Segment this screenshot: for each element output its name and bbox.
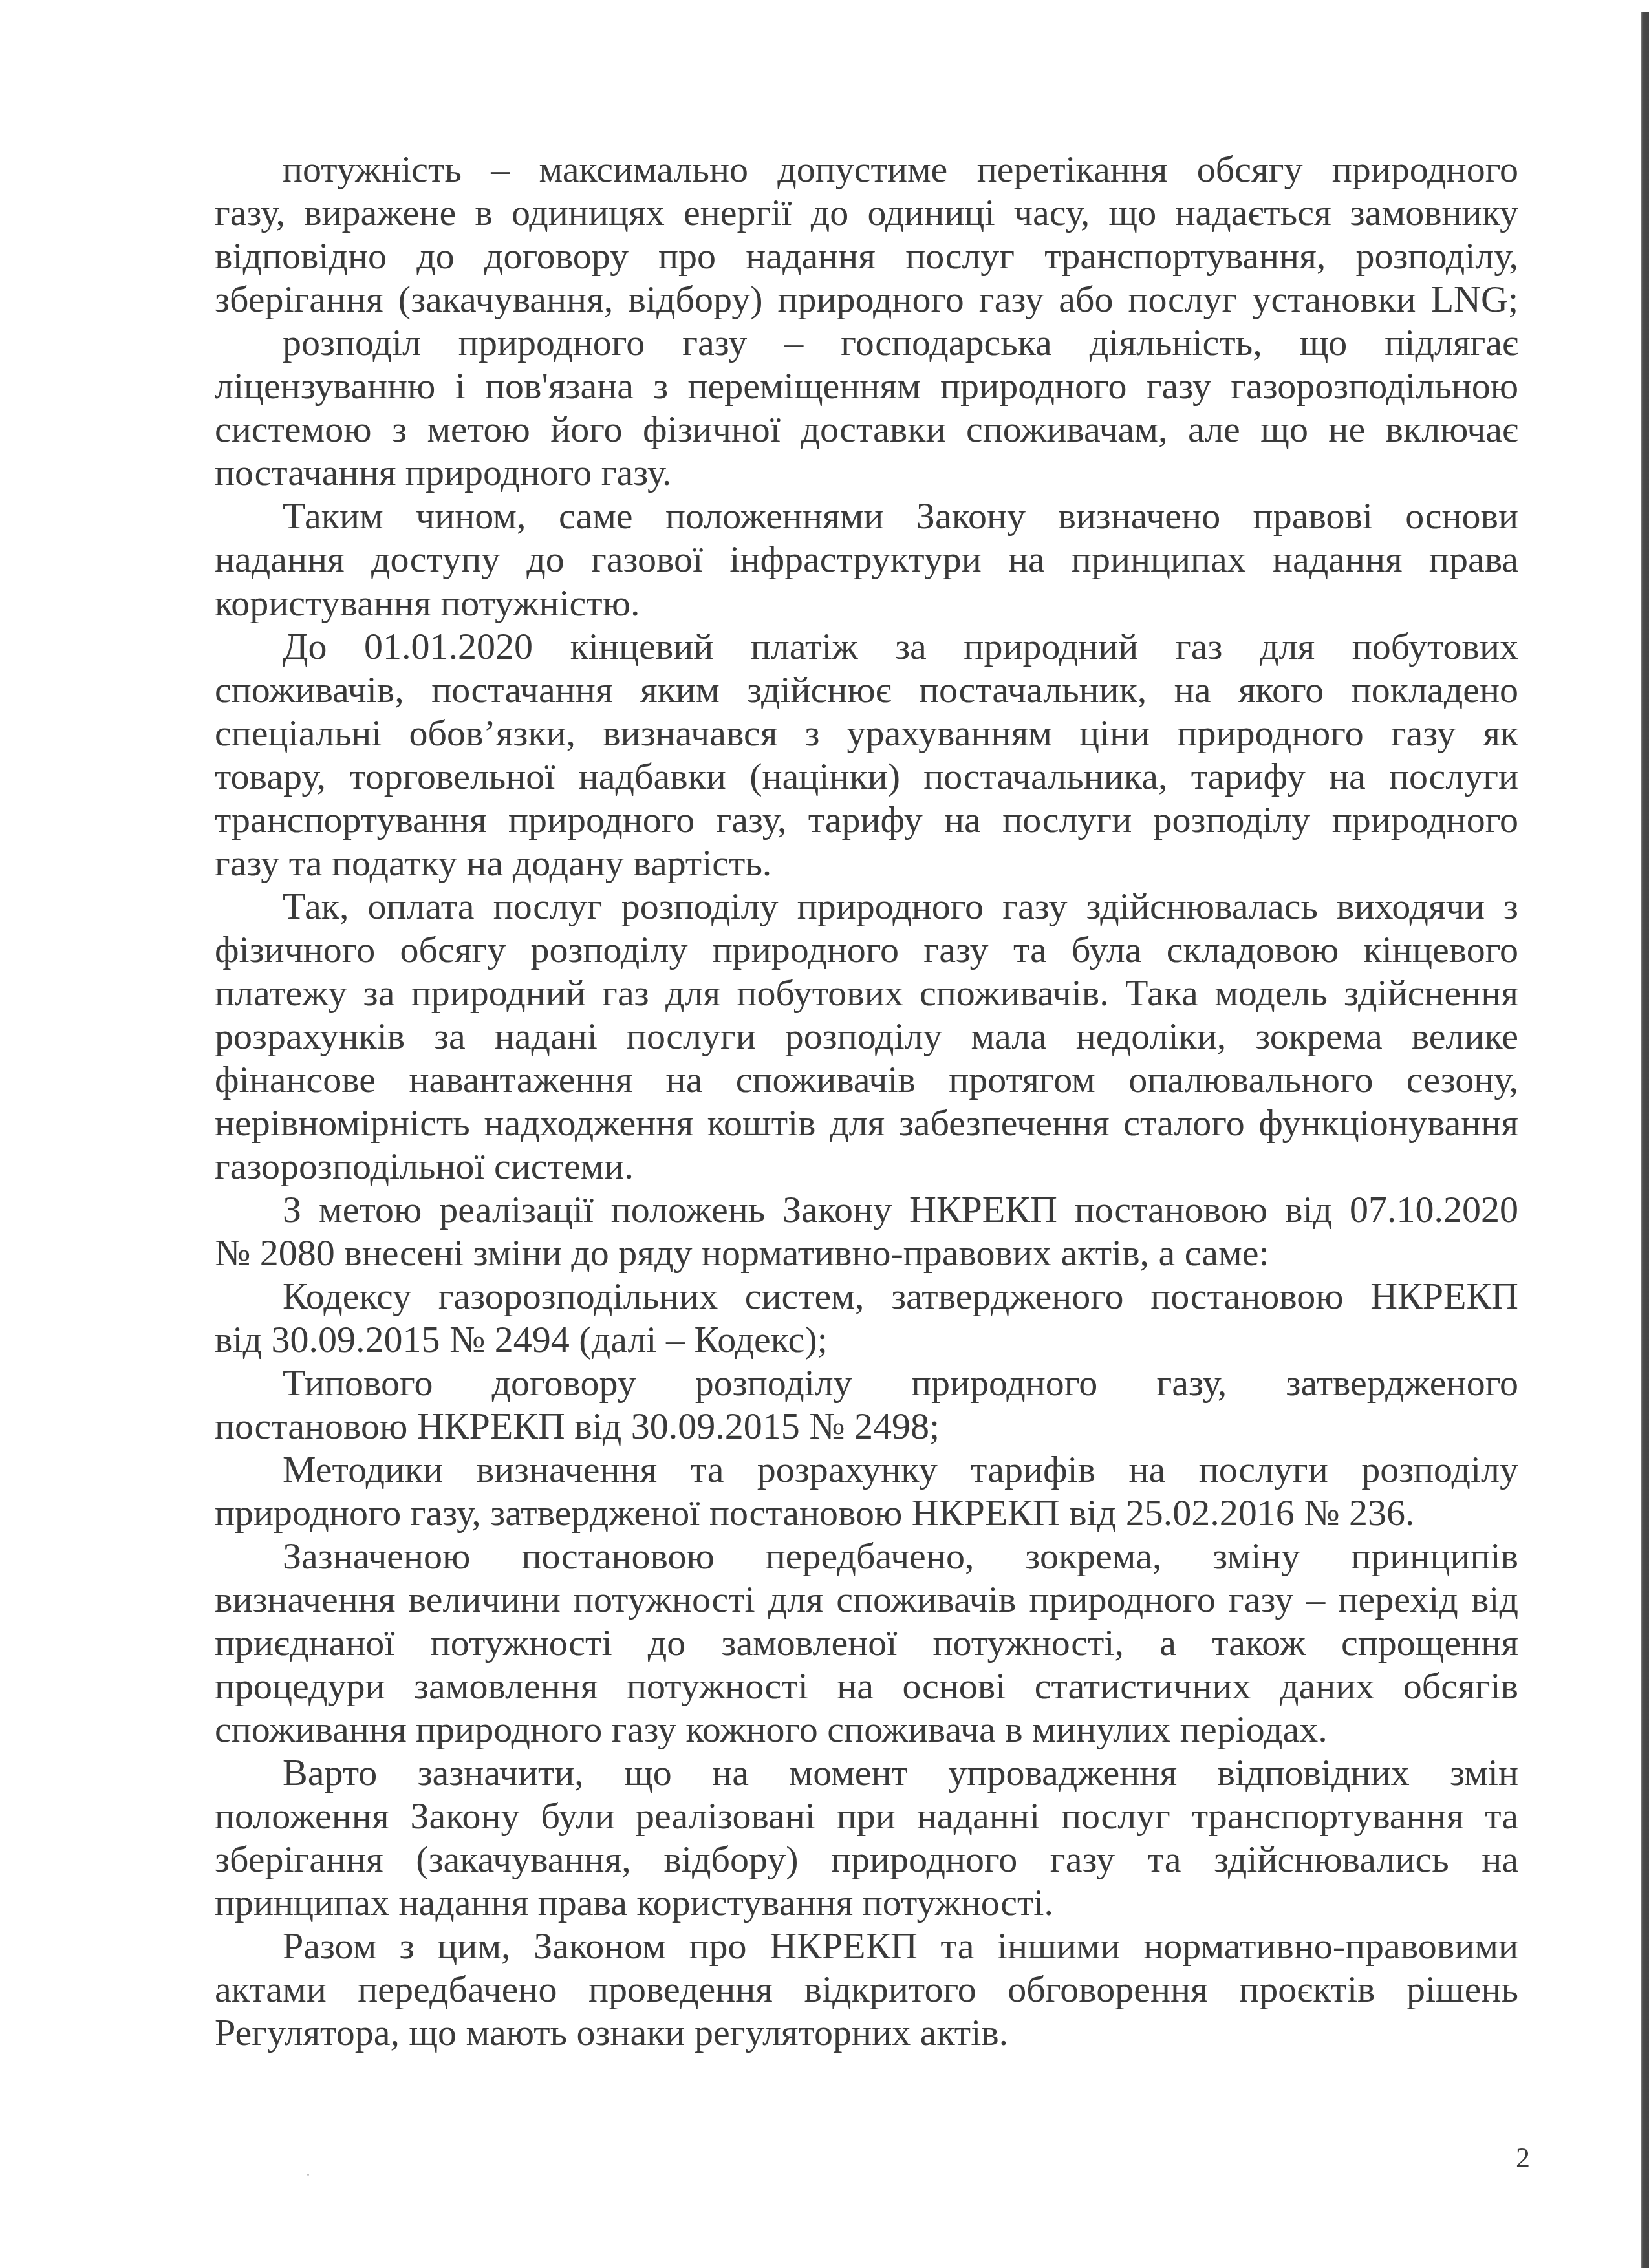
paragraph-8-line-2: постановою НКРЕКП від 30.09.2015 № 2498; <box>215 1407 1518 1445</box>
paragraph-3-line-2: надання доступу до газової інфраструктур… <box>215 540 1518 578</box>
paragraph-5-line-7: газорозподільної системи. <box>215 1148 1518 1185</box>
paragraph-12-line-2: актами передбачено проведення відкритого… <box>215 1971 1518 2008</box>
paragraph-5-line-6: нерівномірність надходження коштів для з… <box>215 1104 1518 1142</box>
paragraph-1-line-1: потужність – максимально допустиме перет… <box>283 151 1518 188</box>
scanned-document-page: потужність – максимально допустиме перет… <box>0 0 1649 2268</box>
paragraph-11-line-2: положення Закону були реалізовані при на… <box>215 1797 1518 1835</box>
paragraph-11-line-3: зберігання (закачування, відбору) природ… <box>215 1841 1518 1878</box>
paragraph-10-line-2: визначення величини потужності для спожи… <box>215 1581 1518 1618</box>
paragraph-4-line-2: споживачів, постачання яким здійснює пос… <box>215 671 1518 709</box>
paragraph-10-line-4: процедури замовлення потужності на основ… <box>215 1667 1518 1705</box>
paragraph-4-line-3: спеціальні обов’язки, визначався з ураху… <box>215 714 1518 752</box>
paragraph-10-line-5: споживання природного газу кожного спожи… <box>215 1711 1518 1748</box>
paragraph-9-line-2: природного газу, затвердженої постановою… <box>215 1494 1518 1532</box>
paragraph-2-line-2: ліцензуванню і пов'язана з переміщенням … <box>215 367 1518 405</box>
paragraph-1-line-4: зберігання (закачування, відбору) природ… <box>215 281 1518 318</box>
paragraph-5-line-5: фінансове навантаження на споживачів про… <box>215 1061 1518 1098</box>
paragraph-10-line-3: приєднаної потужності до замовленої поту… <box>215 1624 1518 1662</box>
paragraph-8-line-1: Типового договору розподілу природного г… <box>283 1364 1518 1402</box>
paragraph-2-line-3: системою з метою його фізичної доставки … <box>215 411 1518 448</box>
paragraph-5-line-3: платежу за природний газ для побутових с… <box>215 974 1518 1012</box>
paragraph-5-line-1: Так, оплата послуг розподілу природного … <box>283 888 1518 925</box>
paragraph-4-line-6: газу та податку на додану вартість. <box>215 844 1518 882</box>
paragraph-5-line-4: розрахунків за надані послуги розподілу … <box>215 1018 1518 1055</box>
paragraph-2-line-4: постачання природного газу. <box>215 454 1518 491</box>
scan-edge-shadow <box>1641 12 1649 2268</box>
paragraph-4-line-4: товару, торговельної надбавки (націнки) … <box>215 758 1518 795</box>
paragraph-10-line-1: Зазначеною постановою передбачено, зокре… <box>283 1537 1518 1575</box>
paragraph-3-line-3: користування потужністю. <box>215 584 1518 622</box>
page-number: 2 <box>1516 2144 1530 2172</box>
paragraph-11-line-1: Варто зазначити, що на момент упроваджен… <box>283 1754 1518 1792</box>
paragraph-7-line-1: Кодексу газорозподільних систем, затверд… <box>283 1278 1518 1315</box>
paragraph-4-line-1: До 01.01.2020 кінцевий платіж за природн… <box>283 628 1518 665</box>
paragraph-11-line-4: принципах надання права користування пот… <box>215 1884 1518 1921</box>
paragraph-6-line-2: № 2080 внесені зміни до ряду нормативно-… <box>215 1234 1518 1272</box>
paragraph-3-line-1: Таким чином, саме положеннями Закону виз… <box>283 497 1518 535</box>
paragraph-1-line-3: відповідно до договору про надання послу… <box>215 237 1518 275</box>
paragraph-4-line-5: транспортування природного газу, тарифу … <box>215 801 1518 839</box>
paragraph-5-line-2: фізичного обсягу розподілу природного га… <box>215 931 1518 968</box>
paragraph-12-line-1: Разом з цим, Законом про НКРЕКП та іншим… <box>283 1927 1518 1965</box>
scan-speck <box>307 2174 309 2176</box>
paragraph-12-line-3: Регулятора, що мають ознаки регуляторних… <box>215 2014 1518 2051</box>
paragraph-1-line-2: газу, виражене в одиницях енергії до оди… <box>215 194 1518 231</box>
paragraph-9-line-1: Методики визначення та розрахунку тарифі… <box>283 1451 1518 1488</box>
paragraph-7-line-2: від 30.09.2015 № 2494 (далі – Кодекс); <box>215 1321 1518 1358</box>
paragraph-2-line-1: розподіл природного газу – господарська … <box>283 324 1518 361</box>
paragraph-6-line-1: З метою реалізації положень Закону НКРЕК… <box>283 1191 1518 1228</box>
